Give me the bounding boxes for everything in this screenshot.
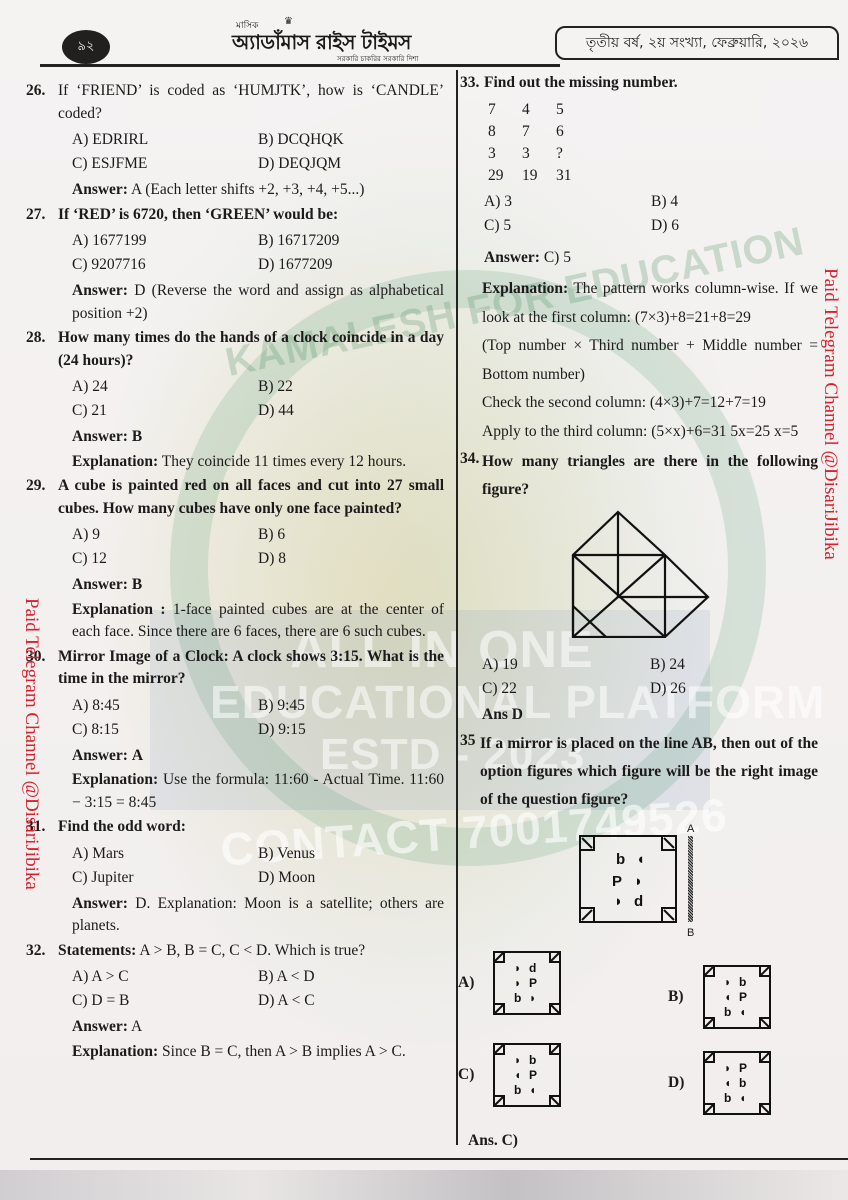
option-c: C) D = B [72,990,258,1014]
option-figure-a: A)◗d◗Pb◗ [458,950,568,1020]
question-text: Mirror Image of a Clock: A clock shows 3… [58,646,444,691]
grid-cell: 31 [556,165,590,188]
question-text: Find the odd word: [58,816,444,839]
grid-cell: 19 [522,165,556,188]
right-column: 33. Find out the missing number. 7458763… [458,72,818,1155]
svg-text:P: P [529,1068,537,1082]
option-d: D) 44 [258,400,444,424]
question-text: Statements: A > B, B = C, C < D. Which i… [58,940,444,963]
answer-label: Answer: [72,1018,128,1035]
svg-text:P: P [739,1061,747,1075]
option-a: A) 24 [72,376,258,400]
explanation: Explanation: The pattern works column-wi… [458,275,818,446]
svg-text:◗: ◗ [724,1061,731,1075]
question-number: 35 [460,730,476,753]
option-b: B) 9:45 [258,695,444,719]
magazine-brand: মাসিক ♛ অ্যাডাঁমাস রাইস টাইমস সরকারি চাক… [232,18,462,62]
grid-cell: ? [556,143,590,166]
explanation-label: Explanation : [72,601,166,618]
options: A) 19 B) 24 C) 22 D) 26 [458,654,818,702]
grid-cell: 6 [556,121,590,144]
question-text: How many triangles are there in the foll… [458,448,818,504]
question-27: 27. If ‘RED’ is 6720, then ‘GREEN’ would… [58,204,444,326]
question-35: 35 If a mirror is placed on the line AB,… [458,730,818,1153]
answer-label: Answer: [72,282,128,299]
question-26: 26. If ‘FRIEND’ is coded as ‘HUMJTK’, ho… [58,80,444,202]
question-number: 28. [26,327,45,350]
option-b: B) 6 [258,524,444,548]
option-d: D) Moon [258,867,444,891]
explanation-label: Explanation: [72,1043,158,1060]
answer-value: B [132,428,142,445]
option-figure-label: D) [668,1072,684,1095]
svg-text:d: d [634,893,643,910]
option-b: B) 22 [258,376,444,400]
answer-value: A [132,747,143,764]
option-a: A) 3 [484,191,651,215]
mirror-label-b: B [687,922,694,945]
svg-text:b: b [514,1083,521,1097]
svg-text:◗: ◗ [514,1053,521,1067]
answer: Answer: D. Explanation: Moon is a satell… [58,893,444,938]
option-c: C) Jupiter [72,867,258,891]
options: A) Mars B) Venus C) Jupiter D) Moon [58,843,444,891]
explanation-label: Explanation: [482,280,568,297]
grid-cell: 29 [488,165,522,188]
issue-info: তৃতীয় বর্ষ, ২য় সংখ্যা, ফেব্রুয়ারি, ২০… [555,26,839,60]
svg-text:b: b [739,975,746,989]
mirror-line [688,836,693,922]
answer-value: D. Explanation: Moon is a satellite; oth… [72,895,444,935]
grid-row: 291931 [488,165,818,187]
grid-cell: 3 [522,143,556,166]
page-number-badge: ৯২ [62,30,110,64]
svg-text:b: b [514,991,521,1005]
option-c: C) 8:15 [72,719,258,743]
side-watermark-left: Paid Telegram Channel @DisariJibika [20,598,42,890]
explanation-label: Explanation: [72,453,158,470]
option-a: A) 8:45 [72,695,258,719]
question-text: A cube is painted red on all faces and c… [58,475,444,520]
option-figures: A)◗d◗Pb◗B)◗b◖Pb◖C)◗b◖Pb◖D)◗P◖bb◖ [458,950,818,1130]
answer-label: Answer: [484,249,540,266]
question-30: 30. Mirror Image of a Clock: A clock sho… [58,646,444,815]
option-b: B) 16717209 [258,230,444,254]
answer-value: B [132,576,142,593]
answer-value: D (Reverse the word and assign as alphab… [72,282,444,322]
option-figure-c: C)◗b◖Pb◖ [458,1042,568,1112]
answer-value: C) 5 [544,249,571,266]
question-33: 33. Find out the missing number. 7458763… [458,72,818,446]
grid-cell: 3 [488,143,522,166]
question-29: 29. A cube is painted red on all faces a… [58,475,444,644]
explanation: Explanation: Use the formula: 11:60 - Ac… [58,769,444,814]
option-d: D) 1677209 [258,254,444,278]
svg-text:b: b [739,1076,746,1090]
answer: Ans D [458,704,818,727]
answer: Answer: C) 5 [458,247,818,270]
option-a: A) 1677199 [72,230,258,254]
question-text: How many times do the hands of a clock c… [58,327,444,372]
page-header: ৯২ মাসিক ♛ অ্যাডাঁমাস রাইস টাইমস সরকারি … [0,0,848,70]
triangle-figure [568,508,713,638]
page-bottom-edge [0,1170,848,1200]
svg-text:b: b [724,1091,731,1105]
statements-text: A > B, B = C, C < D. Which is true? [139,942,365,959]
question-text: Find out the missing number. [458,72,818,95]
answer: Ans. C) [458,1130,818,1153]
question-figure-drawing: b◖ P◗ ◗d [578,834,678,924]
question-31: 31. Find the odd word: A) Mars B) Venus … [58,816,444,938]
question-number: 32. [26,940,45,963]
grid-cell: 4 [522,99,556,122]
explanation: Explanation: They coincide 11 times ever… [58,451,444,474]
option-c: C) 21 [72,400,258,424]
answer: Answer: A (Each letter shifts +2, +3, +4… [58,179,444,202]
diamond-icon: ♛ [284,16,293,27]
svg-text:◖: ◖ [724,990,731,1004]
option-figure-drawing: ◗b◖Pb◖ [702,964,772,1030]
option-d: D) DEQJQM [258,153,444,177]
option-c: C) 9207716 [72,254,258,278]
grid-row: 33? [488,143,818,165]
statements-label: Statements: [58,942,136,959]
answer-label: Answer: [72,895,128,912]
explanation: Explanation : 1-face painted cubes are a… [58,599,444,644]
explanation-label: Explanation: [72,771,158,788]
answer: Answer: A [58,1016,444,1039]
svg-text:b: b [724,1005,731,1019]
svg-text:◖: ◖ [739,1091,746,1105]
svg-text:◗: ◗ [529,991,536,1005]
option-a: A) 9 [72,524,258,548]
option-b: B) Venus [258,843,444,867]
explanation-text: They coincide 11 times every 12 hours. [162,453,406,470]
svg-text:b: b [616,851,625,868]
options: A) 9 B) 6 C) 12 D) 8 [58,524,444,572]
grid-cell: 7 [522,121,556,144]
option-a: A) 19 [482,654,650,678]
explanation-text: Since B = C, then A > B implies A > C. [162,1043,406,1060]
option-b: B) A < D [258,966,444,990]
question-number: 34. [460,448,479,471]
answer-label: Answer: [72,747,128,764]
option-figure-label: C) [458,1064,474,1087]
svg-text:◗: ◗ [514,961,521,975]
option-d: D) 8 [258,548,444,572]
explanation-line-2: (Top number × Third number + Middle numb… [482,332,818,389]
answer-value: A [131,1018,142,1035]
question-number: 26. [26,80,45,103]
options: A) 1677199 B) 16717209 C) 9207716 D) 167… [58,230,444,278]
question-number: 27. [26,204,45,227]
option-c: C) ESJFME [72,153,258,177]
footer-rule [30,1158,848,1160]
header-rule [40,64,560,67]
option-c: C) 12 [72,548,258,572]
question-text: If a mirror is placed on the line AB, th… [458,730,818,814]
option-figure-b: B)◗b◖Pb◖ [668,964,778,1034]
answer-label: Answer: [72,576,128,593]
explanation-line-4: Apply to the third column: (5×x)+6=31 5x… [482,418,818,447]
option-b: B) 24 [650,654,818,678]
svg-text:P: P [529,976,537,990]
grid-cell: 8 [488,121,522,144]
svg-text:◗: ◗ [614,893,623,910]
option-a: A) A > C [72,966,258,990]
svg-text:P: P [739,990,747,1004]
svg-text:◖: ◖ [514,1068,521,1082]
svg-text:b: b [529,1053,536,1067]
mirror-label-a: A [687,818,694,841]
option-figure-drawing: ◗b◖Pb◖ [492,1042,562,1108]
question-figure: b◖ P◗ ◗d A B [578,822,708,942]
options: A) 3 B) 4 C) 5 D) 6 [458,191,818,239]
svg-text:◗: ◗ [724,975,731,989]
grid-row: 876 [488,121,818,143]
options: A) 24 B) 22 C) 21 D) 44 [58,376,444,424]
options: A) 8:45 B) 9:45 C) 8:15 D) 9:15 [58,695,444,743]
grid-cell: 7 [488,99,522,122]
option-figure-label: B) [668,986,684,1009]
answer: Answer: B [58,426,444,449]
explanation: Explanation: Since B = C, then A > B imp… [58,1041,444,1064]
options: A) A > C B) A < D C) D = B D) A < C [58,966,444,1014]
number-grid: 74587633?291931 [488,99,818,187]
question-number: 33. [460,72,479,95]
option-d: D) 9:15 [258,719,444,743]
answer: Answer: A [58,745,444,768]
explanation-line-3: Check the second column: (4×3)+7=12+7=19 [482,389,818,418]
svg-text:d: d [529,961,536,975]
question-number: 29. [26,475,45,498]
grid-row: 745 [488,99,818,121]
option-figure-d: D)◗P◖bb◖ [668,1050,778,1120]
question-28: 28. How many times do the hands of a clo… [58,327,444,473]
left-column: 26. If ‘FRIEND’ is coded as ‘HUMJTK’, ho… [58,80,444,1065]
options: A) EDRIRL B) DCQHQK C) ESJFME D) DEQJQM [58,129,444,177]
option-d: D) 26 [650,678,818,702]
answer: Answer: D (Reverse the word and assign a… [58,280,444,325]
option-figure-drawing: ◗d◗Pb◗ [492,950,562,1016]
option-figure-label: A) [458,972,474,995]
svg-text:◗: ◗ [514,976,521,990]
question-34: 34. How many triangles are there in the … [458,448,818,726]
answer: Answer: B [58,574,444,597]
option-c: C) 5 [484,215,651,239]
option-c: C) 22 [482,678,650,702]
grid-cell: 5 [556,99,590,122]
svg-text:◖: ◖ [529,1083,536,1097]
svg-text:◖: ◖ [636,851,645,868]
answer-label: Answer: [72,428,128,445]
answer-label: Answer: [72,181,128,198]
option-b: B) DCQHQK [258,129,444,153]
svg-text:◖: ◖ [724,1076,731,1090]
option-b: B) 4 [651,191,818,215]
svg-text:◖: ◖ [739,1005,746,1019]
question-text: If ‘FRIEND’ is coded as ‘HUMJTK’, how is… [58,80,444,125]
question-32: 32. Statements: A > B, B = C, C < D. Whi… [58,940,444,1064]
option-a: A) EDRIRL [72,129,258,153]
answer-value: A (Each letter shifts +2, +3, +4, +5...) [131,181,364,198]
question-text: If ‘RED’ is 6720, then ‘GREEN’ would be: [58,204,444,227]
option-d: D) A < C [258,990,444,1014]
option-a: A) Mars [72,843,258,867]
svg-text:◗: ◗ [634,873,643,890]
option-d: D) 6 [651,215,818,239]
svg-text:P: P [612,873,622,890]
option-figure-drawing: ◗P◖bb◖ [702,1050,772,1116]
side-watermark-right: Paid Telegram Channel @DisariJibika [819,268,841,560]
